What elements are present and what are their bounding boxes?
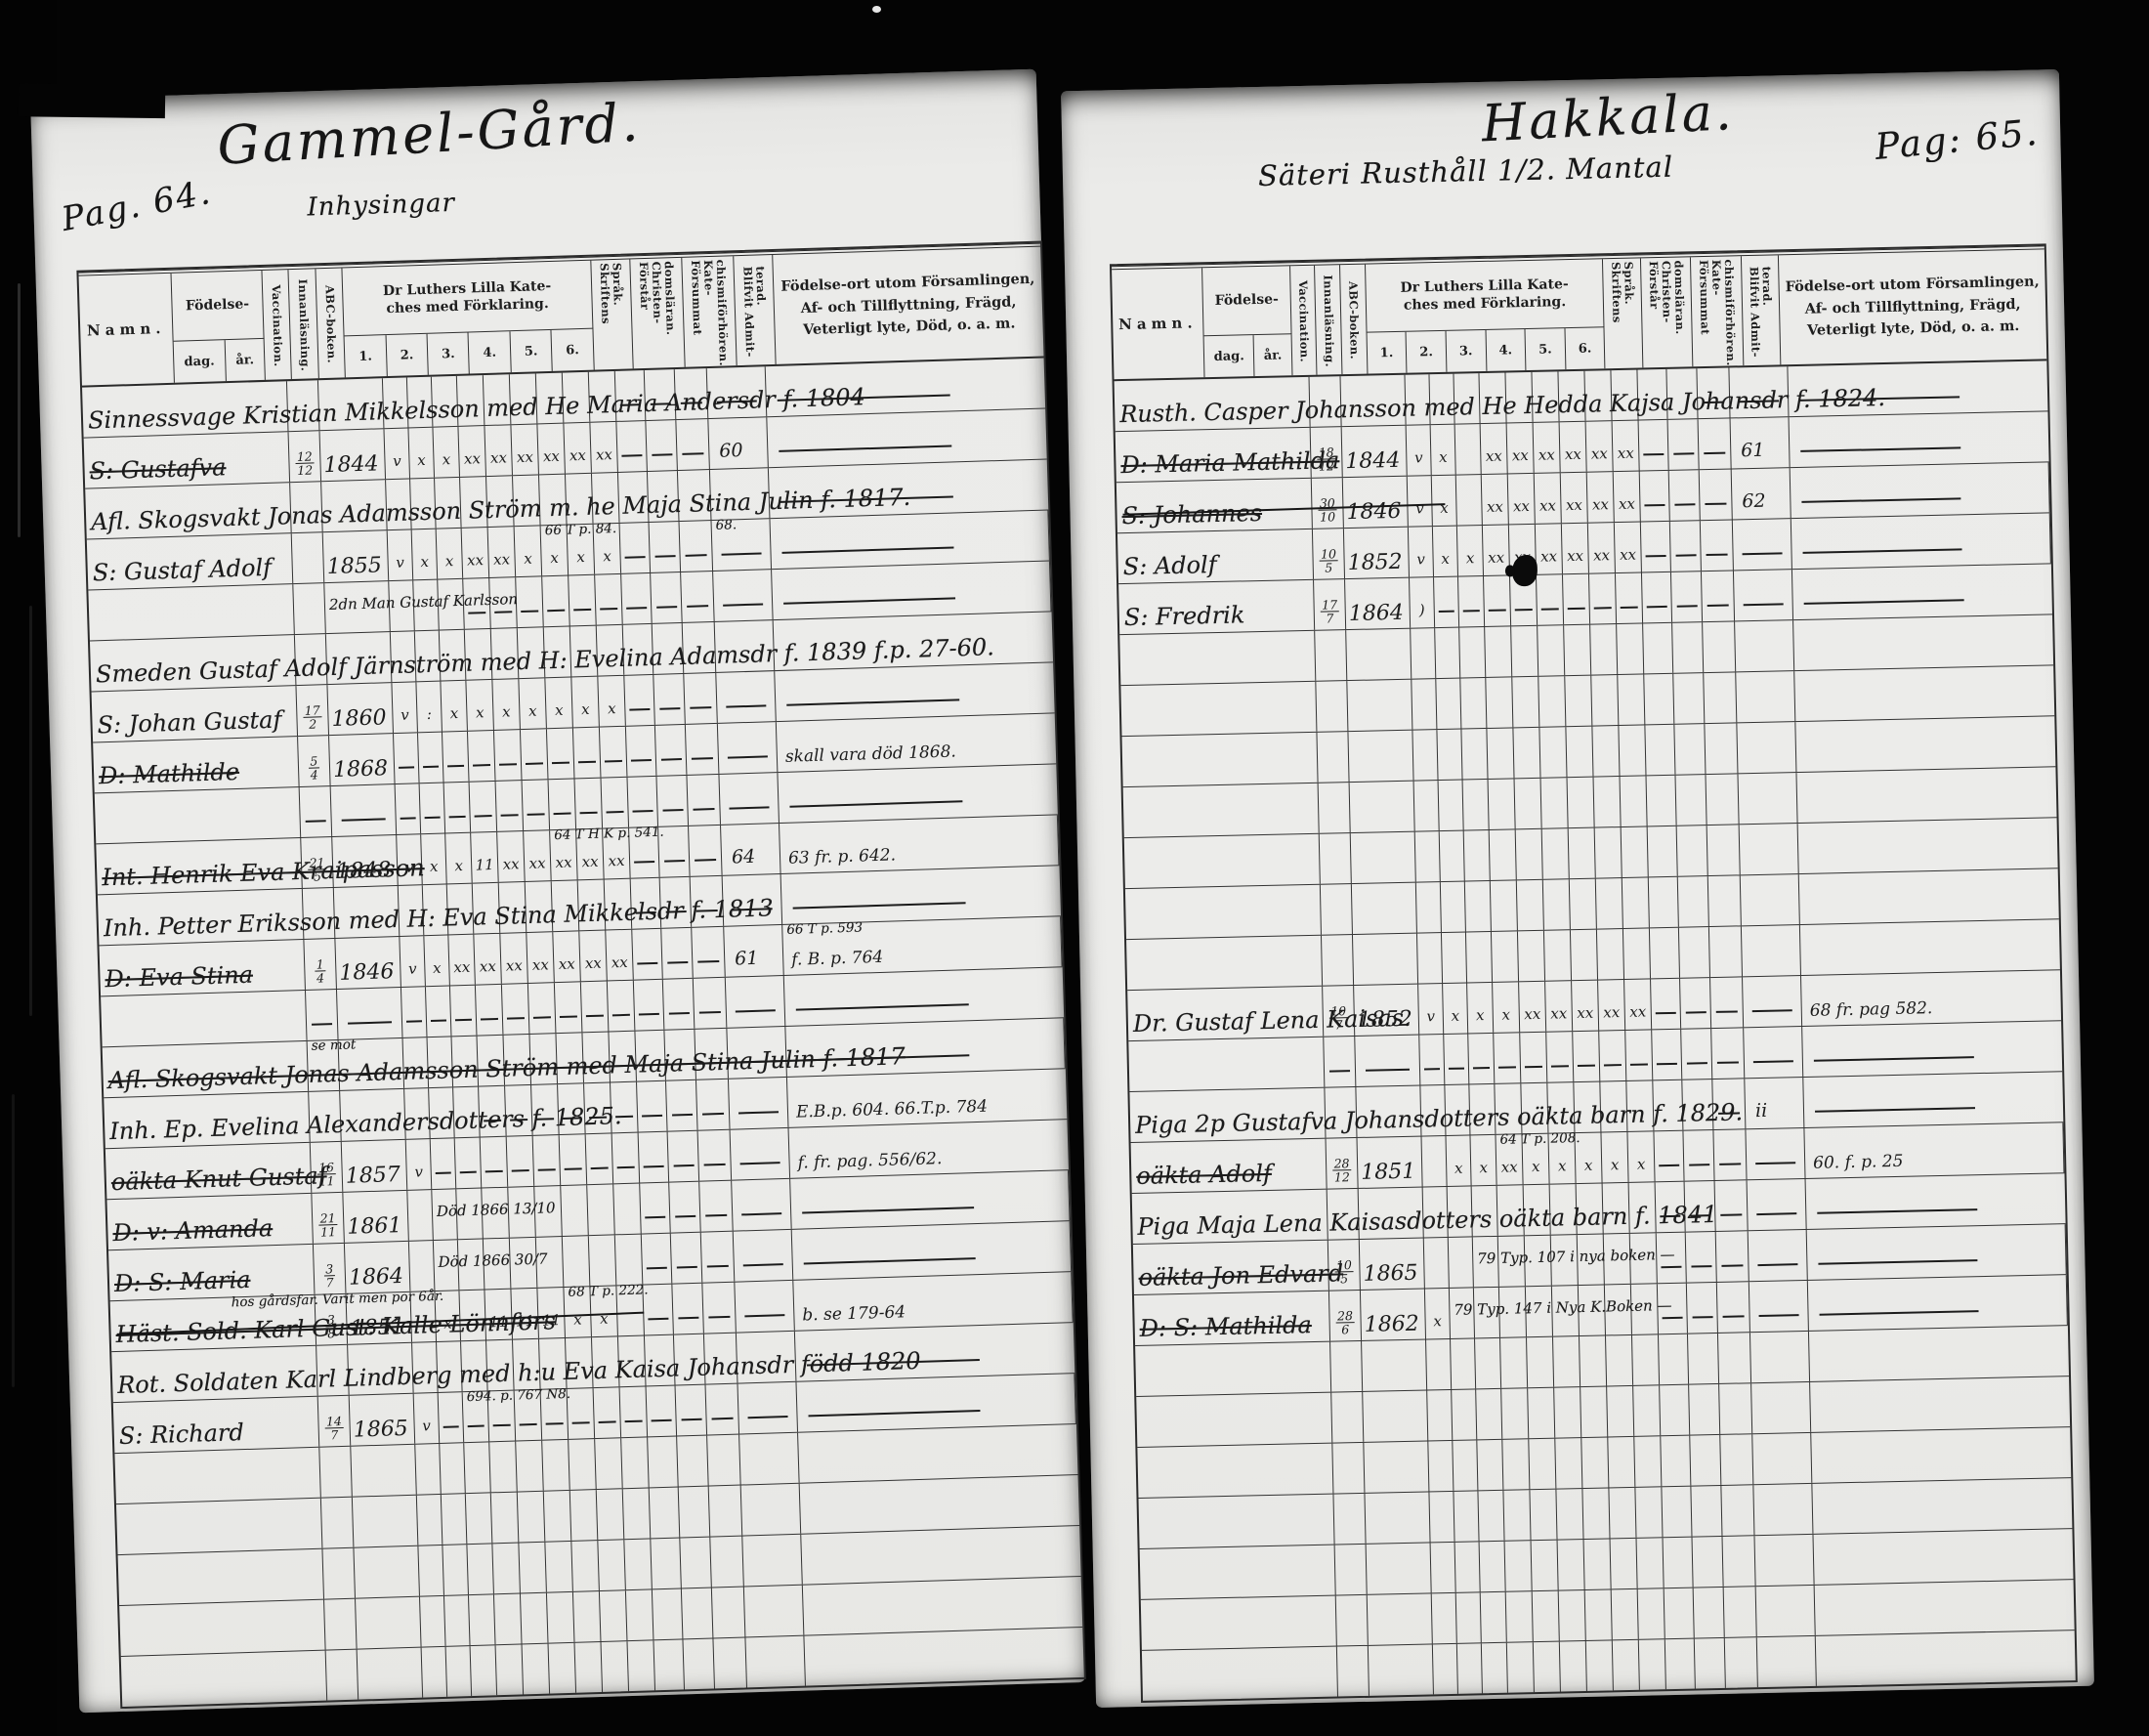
dash-filler [697, 960, 719, 963]
admit-cell [739, 1433, 800, 1485]
birth-year: 1860 [331, 705, 387, 732]
forsum-cell [699, 1181, 734, 1232]
k2-cell [1532, 1541, 1559, 1591]
col-katekes: Dr Luthers Lilla Kate- ches med Förklari… [1366, 259, 1605, 332]
innan-cell [1452, 1389, 1477, 1440]
forsum-cell [1699, 418, 1732, 469]
vacc-cell: v [400, 936, 426, 987]
k6-cell: xx [1624, 979, 1652, 1030]
dash-filler [600, 608, 617, 611]
mark: v [1409, 550, 1432, 569]
dash-filler [579, 812, 597, 815]
ar-cell: 1846 [1343, 477, 1409, 528]
k5-cell [1606, 1335, 1633, 1386]
k4-cell: xx [537, 424, 566, 475]
dash-filler [1551, 1065, 1569, 1067]
k5-cell [598, 1540, 626, 1590]
mark: xx [1535, 496, 1560, 515]
ar-cell [1368, 1593, 1433, 1644]
remark-cell [1796, 767, 2056, 823]
frac-bottom: 11 [320, 1225, 336, 1239]
dash-filler [1755, 1162, 1795, 1164]
k5-cell [1590, 624, 1618, 675]
dash-filler [739, 1162, 780, 1164]
vacc-cell: v [406, 1139, 433, 1190]
mark: xx [604, 852, 630, 870]
k1-cell [468, 731, 496, 782]
admit-cell [1748, 1179, 1807, 1230]
dash-filler [676, 1266, 696, 1269]
forstar-cell [679, 1487, 711, 1538]
book-edge-streak [29, 606, 32, 1016]
forsum-cell [692, 927, 726, 978]
mark: v [1407, 448, 1430, 467]
dash-filler [468, 612, 485, 614]
forstar-cell [1677, 826, 1708, 876]
dash-filler [1498, 1066, 1516, 1068]
k6-cell [627, 1640, 655, 1691]
dag-cell [1315, 630, 1347, 681]
mark: x [1576, 1157, 1601, 1175]
k5-cell [1595, 827, 1622, 878]
name-cell: Smeden Gustaf Adolf Järnström med H: Eve… [90, 635, 296, 691]
k3-cell [1537, 574, 1564, 625]
ar-cell [1369, 1644, 1434, 1695]
right-page: Hakkala. Säteri Rusthåll 1/2. Mantal Pag… [1061, 69, 2094, 1708]
admit-cell: 61 [724, 925, 784, 977]
forsum-cell [706, 1384, 740, 1435]
remark-cell: f. fr. pag. 556/62. [789, 1120, 1069, 1178]
abc-cell [1466, 932, 1493, 983]
abc-cell [444, 783, 472, 833]
entry-name: oäkta Jon Edvard [1138, 1259, 1343, 1291]
mark: v [400, 959, 425, 978]
mark: xx [577, 853, 604, 871]
forstar-cell [1675, 775, 1707, 826]
forstar-cell [1694, 1588, 1725, 1638]
col-katekes-5: 5. [510, 330, 553, 372]
dash-filler [406, 1020, 423, 1023]
admit-cell [742, 1535, 803, 1587]
dash-filler [783, 597, 955, 604]
abc-cell [1478, 1491, 1504, 1542]
dash-filler [305, 820, 326, 823]
forstar-cell [1691, 1486, 1722, 1537]
birth-year: 1861 [347, 1213, 402, 1240]
frac-bottom: 5 [314, 869, 321, 882]
dash-filler [638, 962, 657, 965]
mark: x [599, 699, 625, 718]
name-cell: Inh. Ep. Evelina Alexandersdotters f. 18… [104, 1092, 310, 1148]
abc-cell [466, 1493, 493, 1544]
vacc-cell: v [414, 1393, 441, 1444]
name-cell: D: Eva Stina [100, 940, 306, 995]
margin-note: 64 T p. 208. [1499, 1130, 1580, 1148]
dash-filler [647, 1267, 666, 1270]
k4-cell [1571, 930, 1598, 981]
dag-cell [1332, 1443, 1365, 1494]
k2-cell [516, 1441, 544, 1492]
k6-cell: x [1627, 1131, 1655, 1182]
dash-filler [1757, 1263, 1797, 1266]
frac-bottom: 7 [325, 1276, 333, 1289]
remark-cell [1791, 462, 2050, 518]
name-cell: Piga Maja Lena Kaisasdotters oäkta barn … [1132, 1190, 1328, 1244]
mark: x [442, 704, 467, 723]
skrift-cell [1639, 420, 1669, 471]
k6-cell: xx [590, 422, 618, 473]
dash-filler [1722, 1315, 1744, 1317]
admitted-value: 61 [1741, 440, 1765, 462]
k4-cell [1565, 676, 1592, 727]
remark-cell [803, 1577, 1082, 1635]
name-cell [116, 1499, 322, 1554]
ar-cell [354, 1546, 420, 1598]
dash-filler [547, 610, 565, 613]
skrift-cell [642, 1234, 673, 1285]
admit-cell [1754, 1535, 1814, 1586]
abc-cell: x [437, 529, 464, 579]
dash-filler [690, 706, 711, 709]
k6-cell [1617, 623, 1644, 674]
k1-cell [1489, 779, 1516, 829]
ar-cell [1355, 1036, 1420, 1086]
remark-cell [1807, 1224, 2067, 1280]
k3-cell [523, 780, 551, 830]
remark-cell [801, 1526, 1080, 1585]
mark: xx [554, 954, 580, 973]
ar-cell: 1865 [350, 1394, 416, 1446]
dag-cell [1337, 1646, 1369, 1697]
forsum-cell [1701, 520, 1734, 571]
vacc-cell [1412, 730, 1438, 781]
ar-cell: 1848 [332, 835, 399, 887]
forstar-cell [1671, 572, 1703, 622]
k6-cell [613, 1184, 642, 1235]
dash-filler [708, 1316, 730, 1319]
dash-filler [399, 766, 415, 769]
k4-cell: x [545, 677, 573, 728]
k6-cell: x [598, 676, 626, 727]
admit-cell [1735, 620, 1794, 671]
dash-filler [1721, 1264, 1743, 1266]
dash-filler [1707, 605, 1728, 607]
k6-cell [608, 981, 636, 1032]
dash-filler [1438, 611, 1454, 613]
dash-filler [682, 452, 703, 455]
k4-cell [570, 1490, 599, 1541]
dash-filler [521, 610, 538, 613]
k1-cell: xx [474, 934, 502, 985]
mark: xx [1613, 445, 1638, 463]
name-cell [95, 787, 301, 843]
dag-cell: 37 [314, 1244, 347, 1294]
skrift-cell [648, 1437, 679, 1488]
dash-filler [1689, 1164, 1709, 1165]
dag-cell [322, 1548, 356, 1599]
dash-filler [1329, 1070, 1351, 1072]
k4-cell [1573, 1032, 1600, 1082]
dash-filler [687, 605, 708, 608]
name-cell [101, 991, 307, 1046]
col-dag: dag. [174, 340, 227, 383]
forstar-cell [1680, 978, 1711, 1029]
k3-cell [1542, 828, 1570, 879]
k4-cell [1566, 727, 1593, 778]
mark: xx [1588, 546, 1614, 565]
admit-cell [737, 1382, 798, 1434]
innan-cell [446, 1646, 473, 1697]
dash-filler [459, 1171, 477, 1174]
name-cell [114, 1448, 320, 1503]
forsum-cell [1703, 621, 1736, 672]
dash-filler [1692, 1316, 1712, 1318]
k2-cell: xx [1508, 474, 1536, 525]
birth-year: 1844 [1345, 448, 1401, 474]
k1-cell [1494, 1033, 1521, 1083]
mark: x [1447, 1159, 1470, 1177]
forstar-cell [671, 1233, 703, 1284]
innan-cell [1455, 1542, 1481, 1592]
skrift-cell [653, 1588, 684, 1639]
abc-cell [450, 986, 478, 1037]
name-cell: S: Adolf [1117, 529, 1314, 583]
remark-cell [800, 1475, 1079, 1534]
col-katekes-1: 1. [345, 335, 388, 377]
k3-cell [1560, 1641, 1587, 1692]
col-katekes-4: 4. [469, 331, 512, 373]
k6-cell [1638, 1588, 1665, 1639]
remark-cell [772, 561, 1051, 619]
k2-cell [518, 1492, 546, 1543]
ar-cell: 1852 [1344, 528, 1410, 578]
k4-cell [1569, 828, 1596, 879]
dash-filler [341, 818, 386, 821]
forsum-cell [710, 1537, 744, 1588]
k4-cell [542, 576, 570, 627]
mark: x [520, 701, 546, 720]
remark-cell [1791, 513, 2051, 569]
ar-cell [1347, 680, 1412, 731]
dash-filler [1817, 1208, 1977, 1214]
dag-cell [324, 1599, 358, 1650]
k6-cell [1622, 877, 1650, 928]
mark: xx [485, 448, 512, 467]
abc-cell: x [441, 681, 468, 732]
forsum-cell [698, 1130, 733, 1181]
mark: : [417, 705, 442, 724]
forsum-cell [1704, 672, 1737, 723]
mark: xx [1507, 446, 1533, 465]
birth-year: 1844 [323, 451, 379, 478]
remark-cell [1815, 1580, 2075, 1635]
skrift-cell [651, 1538, 682, 1588]
birth-day: 2111 [317, 1211, 338, 1239]
admitted-value: 60 [719, 440, 743, 462]
admit-cell [734, 1230, 794, 1282]
k6-cell: xx [1615, 522, 1642, 572]
skrift-cell [624, 675, 655, 726]
k3-cell [1544, 930, 1572, 981]
mark: x [493, 702, 520, 721]
k2-cell [494, 730, 523, 781]
dash-filler [721, 552, 761, 555]
dash-filler [467, 1425, 485, 1428]
forstar-cell [1681, 1029, 1712, 1080]
birth-year: 1852 [1358, 1007, 1413, 1033]
col-dag: dag. [1204, 335, 1255, 377]
name-cell [1125, 885, 1322, 939]
mark: xx [538, 447, 565, 466]
skrift-cell [1647, 776, 1677, 826]
forsum-cell [1718, 1333, 1751, 1383]
admit-cell [716, 671, 777, 723]
mark: xx [1586, 445, 1612, 463]
entry-name: D: Eva Stina [105, 961, 253, 994]
mark: x [541, 549, 568, 568]
dash-filler [1752, 1009, 1792, 1012]
skrift-cell [1660, 1385, 1690, 1436]
k6-cell [601, 778, 629, 828]
abc-cell [1455, 424, 1482, 475]
col-skriftens-sprak: Skriftens Språk. [1603, 258, 1643, 368]
k6-cell [620, 1386, 649, 1437]
remark-text: f. fr. pag. 556/62. [797, 1149, 942, 1173]
mark: xx [1561, 496, 1586, 515]
name-cell: D: S: Mathilda [1134, 1291, 1330, 1345]
forsum-cell [676, 419, 710, 470]
birth-day: 54 [308, 754, 320, 782]
forsum-cell [1725, 1637, 1758, 1688]
dash-filler [473, 764, 490, 767]
skrift-cell [650, 1488, 681, 1539]
k2-cell: xx [497, 831, 526, 882]
dag-cell: 3010 [1312, 478, 1344, 529]
name-cell [1135, 1342, 1331, 1396]
skrift-cell [632, 929, 663, 980]
book-edge-streak [12, 1094, 15, 1387]
k1-cell: 11 [471, 832, 499, 883]
k1-cell [1490, 829, 1517, 880]
dash-filler [1630, 1063, 1648, 1065]
dash-filler [747, 1416, 787, 1418]
mark: v [388, 553, 412, 572]
k6-cell [612, 1133, 641, 1184]
remark-cell [1795, 716, 2055, 772]
dash-filler [664, 860, 685, 863]
admitted-value: 61 [735, 948, 759, 970]
dash-filler [659, 707, 680, 710]
dag-cell: 14 [304, 939, 337, 990]
vacc-cell [1424, 1238, 1450, 1289]
admit-cell: 60 [708, 417, 769, 469]
forsum-cell [713, 1637, 747, 1688]
k5-cell [595, 1438, 623, 1489]
ar-cell: 1865 [1360, 1239, 1425, 1290]
forstar-cell [653, 674, 686, 725]
forsum-cell [1708, 875, 1742, 926]
dash-filler [1656, 1012, 1675, 1014]
k1-cell [1486, 677, 1513, 728]
k2-cell [1520, 1033, 1547, 1083]
entry-name: S: Gustaf Adolf [92, 554, 272, 587]
entry-name: S: Johan Gustaf [97, 706, 282, 740]
skrift-cell [1665, 1639, 1696, 1690]
mark: x [436, 1314, 460, 1333]
birth-year: 1855 [326, 553, 382, 579]
vacc-cell [1416, 882, 1442, 933]
mark: xx [501, 956, 527, 975]
abc-cell: x [445, 833, 473, 884]
innan-cell [1457, 1643, 1483, 1694]
dash-filler [744, 1314, 784, 1317]
dash-filler [448, 816, 466, 819]
dash-filler [560, 1015, 577, 1018]
mark: x [515, 549, 541, 568]
forstar-cell [668, 1131, 700, 1182]
margin-note: se mot [311, 1037, 356, 1053]
vacc-cell: v [384, 428, 410, 479]
admit-cell: 61 [1731, 417, 1791, 468]
k4-cell [573, 1591, 602, 1642]
vacc-cell [401, 987, 428, 1037]
k4-cell [549, 779, 577, 829]
name-cell [118, 1549, 324, 1605]
dash-filler [787, 699, 960, 705]
k4-cell [569, 1439, 597, 1490]
dag-cell: 54 [298, 736, 331, 786]
skrift-cell [653, 1639, 685, 1690]
dash-filler [1685, 1011, 1706, 1013]
dash-filler [1706, 554, 1727, 556]
forsum-cell [709, 1486, 743, 1537]
innan-cell [1437, 730, 1462, 781]
forstar-cell [1693, 1537, 1724, 1588]
name-cell: Rot. Soldaten Karl Lindberg med h:u Eva … [111, 1346, 317, 1402]
k3-cell: x [515, 526, 543, 576]
admit-cell [735, 1281, 795, 1333]
k3-cell [549, 1643, 577, 1694]
name-cell: Dr. Gustaf Lena Kaisas. [1127, 987, 1324, 1040]
k1-cell: x [1493, 982, 1520, 1033]
remark-cell [1803, 1072, 2063, 1127]
skrift-cell [640, 1183, 671, 1234]
remark-text: E.B.p. 604. 66.T.p. 784 [796, 1097, 989, 1122]
dash-filler [634, 861, 653, 864]
ar-cell [356, 1597, 422, 1649]
remark-text: f. B. p. 764 [791, 948, 884, 970]
dash-filler [1578, 1065, 1595, 1067]
col-forstar-christendomslaran: Förstår Christen- domsläran. [630, 258, 686, 369]
margin-note: Död 1866 30/7 [438, 1249, 548, 1270]
ar-cell: 1846 [335, 937, 401, 989]
dash-filler [723, 603, 763, 606]
k1-cell [470, 782, 498, 832]
birth-day: 37 [323, 1262, 336, 1290]
ar-cell [1364, 1441, 1429, 1492]
dash-filler [499, 763, 517, 766]
k2-cell [1529, 1439, 1556, 1490]
name-cell [1121, 733, 1318, 786]
forsum-cell [1700, 469, 1733, 520]
col-forstar-christendomslaran: Förstår Christen- domsläran. [1641, 257, 1694, 367]
dag-cell: 172 [296, 685, 329, 736]
frac-bottom: 2 [309, 717, 316, 730]
ar-cell [337, 988, 403, 1039]
dash-filler [654, 555, 675, 558]
innan-cell [1439, 781, 1464, 831]
dag-cell [1330, 1341, 1363, 1392]
